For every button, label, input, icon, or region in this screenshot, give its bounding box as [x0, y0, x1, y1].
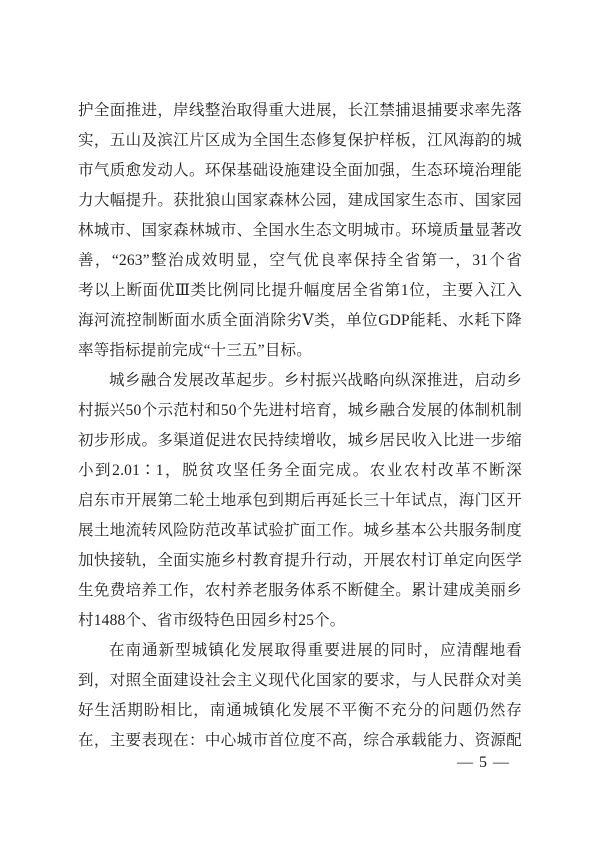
text-line: 力大幅提升。获批狼山国家森林公园，建成国家生态市、国家园 — [78, 186, 522, 216]
text-line: 启东市开展第二轮土地承包到期后再延长三十年试点，海门区开 — [78, 486, 522, 516]
text-line: 率等指标提前完成“十三五”目标。 — [78, 336, 522, 366]
text-line: 护全面推进，岸线整治取得重大进展，长江禁捕退捕要求率先落 — [78, 96, 522, 126]
text-line: 村振兴50个示范村和50个先进村培育，城乡融合发展的体制机制 — [78, 396, 522, 426]
body-text: 护全面推进，岸线整治取得重大进展，长江禁捕退捕要求率先落实，五山及滨江片区成为全… — [78, 96, 522, 756]
text-line: 加快接轨，全面实施乡村教育提升行动，开展农村订单定向医学 — [78, 546, 522, 576]
text-line: 实，五山及滨江片区成为全国生态修复保护样板，江风海韵的城 — [78, 126, 522, 156]
document-page: 护全面推进，岸线整治取得重大进展，长江禁捕退捕要求率先落实，五山及滨江片区成为全… — [0, 0, 600, 848]
text-line: 海河流控制断面水质全面消除劣Ⅴ类，单位GDP能耗、水耗下降 — [78, 306, 522, 336]
text-line: 考以上断面优Ⅲ类比例同比提升幅度居全省第1位，主要入江入 — [78, 276, 522, 306]
text-line: 展土地流转风险防范改革试验扩面工作。城乡基本公共服务制度 — [78, 516, 522, 546]
text-line: 村1488个、省市级特色田园乡村25个。 — [78, 606, 522, 636]
text-line: 好生活期盼相比，南通城镇化发展不平衡不充分的问题仍然存 — [78, 696, 522, 726]
text-line: 林城市、国家森林城市、全国水生态文明城市。环境质量显著改 — [78, 216, 522, 246]
paragraph: 在南通新型城镇化发展取得重要进展的同时，应清醒地看到，对照全面建设社会主义现代化… — [78, 636, 522, 756]
text-line: 城乡融合发展改革起步。乡村振兴战略向纵深推进，启动乡 — [78, 366, 522, 396]
text-line: 市气质愈发动人。环保基础设施建设全面加强，生态环境治理能 — [78, 156, 522, 186]
text-line: 到，对照全面建设社会主义现代化国家的要求，与人民群众对美 — [78, 666, 522, 696]
text-line: 在南通新型城镇化发展取得重要进展的同时，应清醒地看 — [78, 636, 522, 666]
text-line: 小到2.01∶1，脱贫攻坚任务全面完成。农业农村改革不断深化， — [78, 456, 522, 486]
paragraph: 护全面推进，岸线整治取得重大进展，长江禁捕退捕要求率先落实，五山及滨江片区成为全… — [78, 96, 522, 366]
text-line: 善，“263”整治成效明显，空气优良率保持全省第一，31个省 — [78, 246, 522, 276]
text-line: 初步形成。多渠道促进农民持续增收，城乡居民收入比进一步缩 — [78, 426, 522, 456]
text-line: 生免费培养工作，农村养老服务体系不断健全。累计建成美丽乡 — [78, 576, 522, 606]
paragraph: 城乡融合发展改革起步。乡村振兴战略向纵深推进，启动乡村振兴50个示范村和50个先… — [78, 366, 522, 636]
page-number: — 5 — — [78, 750, 522, 776]
